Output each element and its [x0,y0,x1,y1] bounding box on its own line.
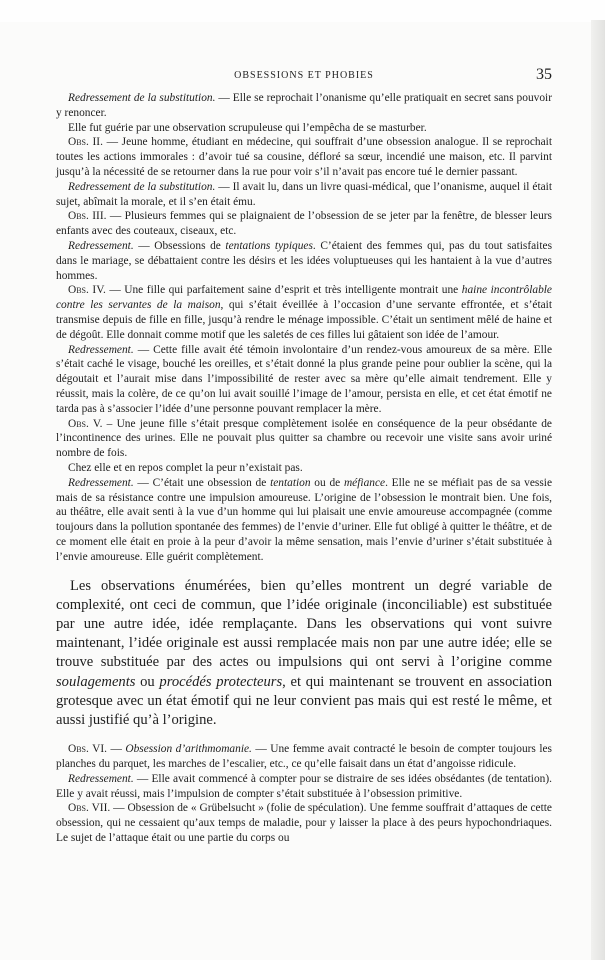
italic-lead: Redressement. [68,477,134,489]
paragraph-redressement-5: Redressement. — C’était une obsession de… [56,476,552,565]
paragraph-text: — Obsessions de [134,240,226,252]
page-edge-shadow [591,20,605,960]
obs-label: Obs. IV. [68,284,106,296]
paragraph-cure: Elle fut guérie par une observation scru… [56,121,552,136]
italic-phrase: soulagements [56,674,135,690]
italic-phrase: Obsession d’arithmomanie. [125,743,252,755]
running-header: OBSESSIONS ET PHOBIES 35 [56,66,552,84]
italic-phrase: tentations typiques [225,240,312,252]
paragraph-obs-7: Obs. VII. — Obsession de « Grübelsucht »… [56,801,552,845]
paragraph-text: — Obsession de « Grübelsucht » (folie de… [56,802,552,844]
paragraph-text: — Jeune homme, étudiant en médecine, qui… [56,136,552,178]
paragraph-obs-5: Obs. V. – Une jeune fille s’était presqu… [56,417,552,461]
paragraph-text: . Elle ne se méfiait pas de sa vessie ma… [56,477,552,563]
paragraph-text: — C’était une obsession de [134,477,270,489]
paragraph-obs-5-note: Chez elle et en repos complet la peur n’… [56,461,552,476]
italic-lead: Redressement. [68,240,134,252]
book-page: OBSESSIONS ET PHOBIES 35 Redressement de… [0,0,605,960]
paragraph-obs-6: Obs. VI. — Obsession d’arithmomanie. — U… [56,742,552,772]
italic-phrase: méfiance [344,477,385,489]
paragraph-text: Les observations énumérées, bien qu’elle… [56,578,552,671]
obs-label: Obs. VII. [68,802,110,814]
paragraph-text: — Plusieurs femmes qui se plaignaient de… [56,210,552,237]
page-top-margin [0,0,605,22]
paragraph-redressement-2: Redressement de la substitution. — Il av… [56,180,552,210]
paragraph-redressement-1: Redressement de la substitution. — Elle … [56,91,552,121]
paragraph-redressement-6: Redressement. — Elle avait commencé à co… [56,772,552,802]
italic-lead: Redressement de la substitution. [68,92,215,104]
paragraph-text: — Une fille qui parfaitement saine d’esp… [106,284,462,296]
italic-lead: Redressement de la substitution. [68,181,215,193]
obs-label: Obs. III. [68,210,106,222]
obs-label: Obs. II. [68,136,103,148]
page-number: 35 [536,66,552,84]
italic-lead: Redressement. [68,344,134,356]
paragraph-redressement-3: Redressement. — Obsessions de tentations… [56,239,552,283]
paragraph-text: — [107,743,125,755]
paragraph-text: Elle fut guérie par une observation scru… [68,122,427,134]
paragraph-text: – Une jeune fille s’était presque complè… [56,418,552,460]
obs-label: Obs. VI. [68,743,107,755]
running-title: OBSESSIONS ET PHOBIES [56,70,552,81]
italic-lead: Redressement. [68,773,134,785]
paragraph-obs-2: Obs. II. — Jeune homme, étudiant en méde… [56,135,552,179]
italic-phrase: tentation [270,477,311,489]
italic-phrase: procédés protecteurs [159,674,282,690]
body-text: Redressement de la substitution. — Elle … [56,91,552,846]
paragraph-summary: Les observations énumérées, bien qu’elle… [56,577,552,731]
paragraph-text: ou [135,674,159,690]
paragraph-text: Chez elle et en repos complet la peur n’… [68,462,303,474]
obs-label: Obs. V. [68,418,102,430]
paragraph-obs-4: Obs. IV. — Une fille qui parfaitement sa… [56,283,552,342]
paragraph-redressement-4: Redressement. — Cette fille avait été té… [56,343,552,417]
paragraph-text: ou de [311,477,344,489]
paragraph-obs-3: Obs. III. — Plusieurs femmes qui se plai… [56,209,552,239]
